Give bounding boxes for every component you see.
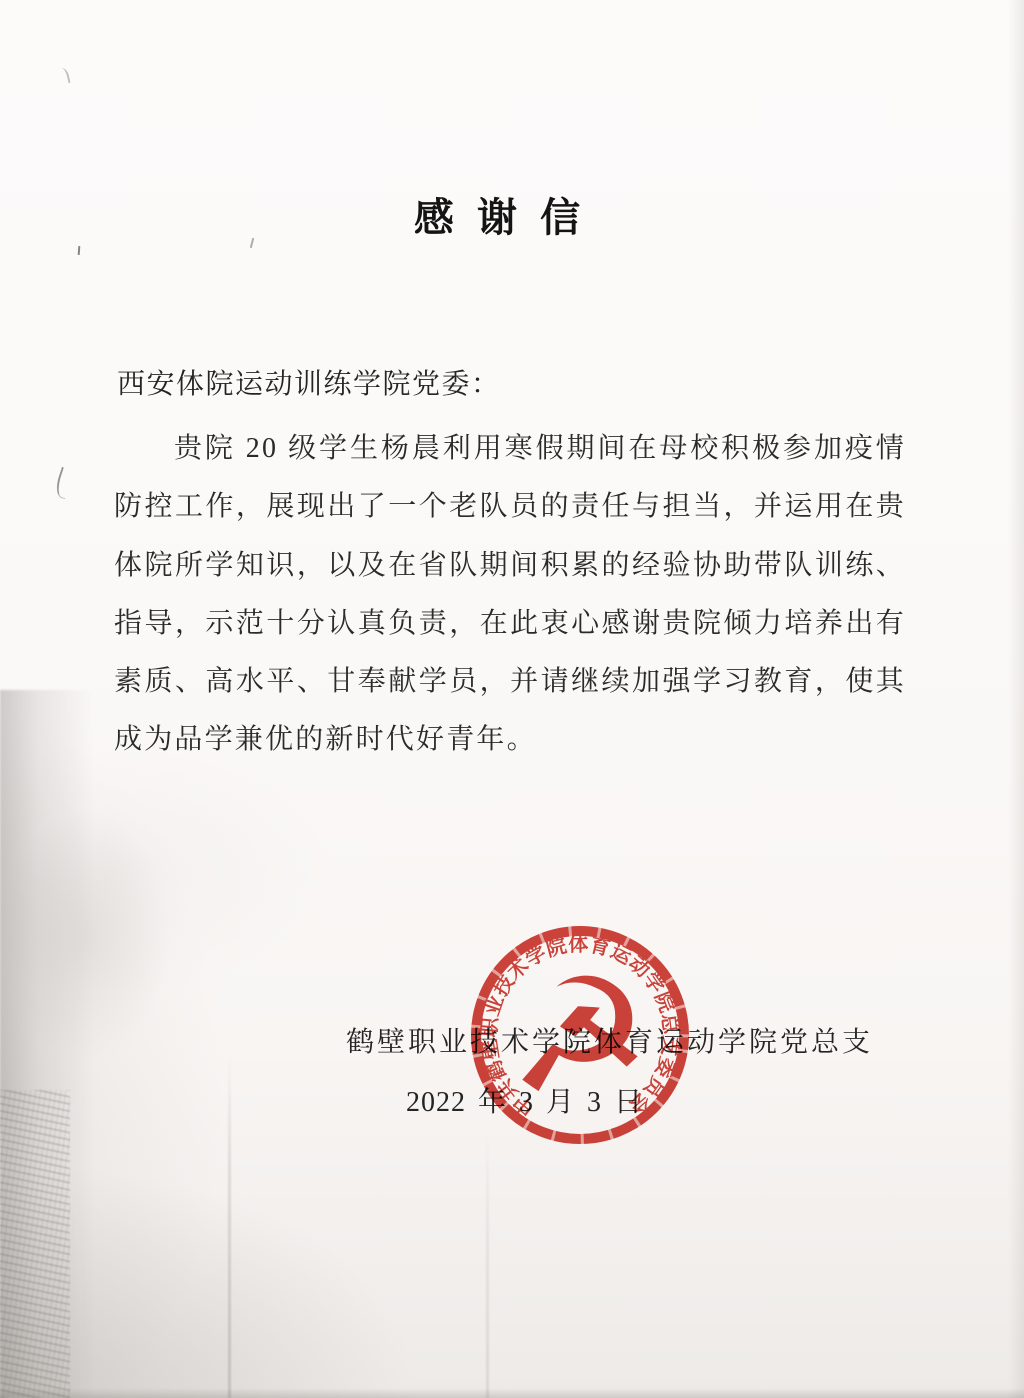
hammer-sickle-icon: ☭	[509, 945, 651, 1129]
body-line: 防控工作，展现出了一个老队员的责任与担当，并运用在贵	[114, 484, 906, 542]
letter-title: 感 谢 信	[0, 186, 1000, 243]
paper-crease	[228, 1055, 231, 1398]
letter-page: 感 谢 信 西安体院运动训练学院党委： 贵院 20 级学生杨晨利用寒假期间在母校…	[0, 0, 1024, 1398]
scan-edge-shadow-right	[1008, 0, 1024, 1398]
scan-mark	[53, 467, 75, 500]
body-line: 贵院 20 级学生杨晨利用寒假期间在母校积极参加疫情	[114, 426, 906, 484]
paper-wrinkle-shadow	[0, 810, 170, 1060]
scan-mark	[57, 67, 70, 85]
body-line: 指导，示范十分认真负责，在此衷心感谢贵院倾力培养出有	[114, 601, 906, 659]
salutation: 西安体院运动训练学院党委：	[117, 362, 501, 402]
paper-crease	[486, 1130, 489, 1398]
scan-edge-shadow-bottom	[0, 1388, 1024, 1398]
scan-mark	[78, 246, 81, 255]
body-line: 成为品学兼优的新时代好青年。	[114, 717, 906, 775]
scan-smudge-texture	[0, 1090, 70, 1398]
official-seal: 中共鹤壁职业技术学院体育运动学院总支委员会 ☭	[464, 919, 696, 1151]
letter-body: 贵院 20 级学生杨晨利用寒假期间在母校积极参加疫情 防控工作，展现出了一个老队…	[114, 426, 906, 776]
body-line: 体院所学知识，以及在省队期间积累的经验协助带队训练、	[114, 543, 906, 601]
body-line: 素质、高水平、甘奉献学员，并请继续加强学习教育，使其	[114, 659, 906, 717]
